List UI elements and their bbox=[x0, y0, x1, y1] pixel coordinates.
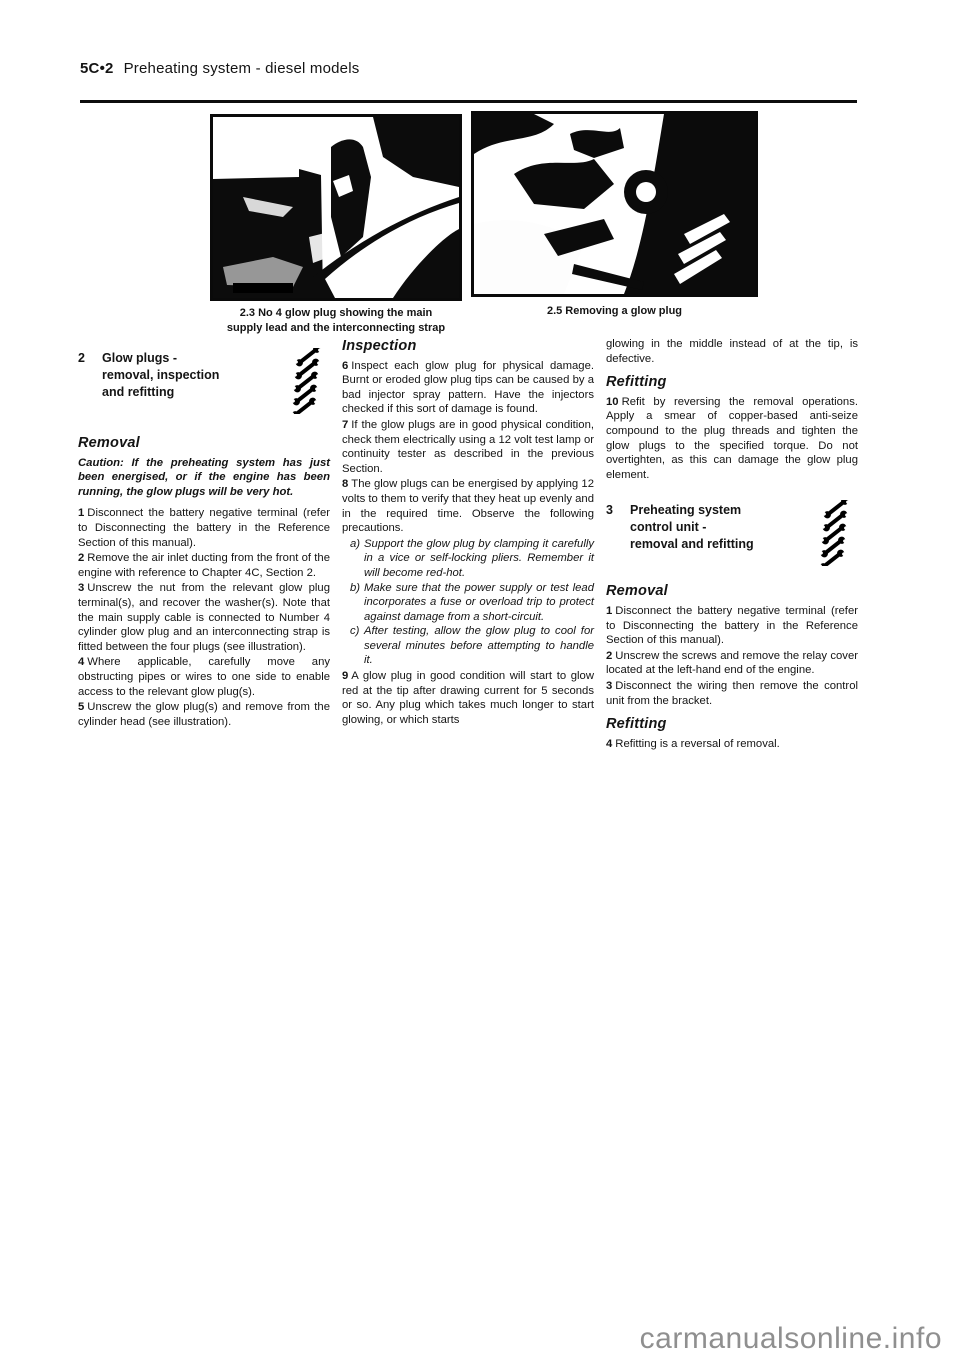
refitting-heading: Refitting bbox=[606, 375, 858, 390]
step-paragraph: 2Remove the air inlet ducting from the f… bbox=[78, 551, 330, 580]
step-paragraph: 8The glow plugs can be energised by appl… bbox=[342, 477, 594, 535]
continuation-paragraph: glowing in the middle instead of at the … bbox=[606, 337, 858, 366]
list-item: a) Support the glow plug by clamping it … bbox=[342, 537, 594, 581]
page-number: 5C•2 bbox=[80, 60, 114, 77]
column-middle: Inspection 6Inspect each glow plug for p… bbox=[342, 339, 594, 728]
section-3-heading: 3 Preheating system control unit - remov… bbox=[606, 502, 858, 564]
step-paragraph: 4Refitting is a reversal of removal. bbox=[606, 737, 858, 752]
section-2-number: 2 bbox=[78, 350, 102, 401]
step-paragraph: 9A glow plug in good condition will star… bbox=[342, 669, 594, 727]
precaution-list: a) Support the glow plug by clamping it … bbox=[342, 537, 594, 668]
column-right: glowing in the middle instead of at the … bbox=[606, 337, 858, 752]
page-title: Preheating system - diesel models bbox=[124, 60, 360, 77]
step-paragraph: 2Unscrew the screws and remove the relay… bbox=[606, 649, 858, 678]
step-paragraph: 1Disconnect the battery negative termina… bbox=[78, 506, 330, 550]
section-3-number: 3 bbox=[606, 502, 630, 553]
inspection-heading: Inspection bbox=[342, 339, 594, 354]
section-3-title: Preheating system control unit - removal… bbox=[630, 502, 814, 553]
caution-note: Caution: If the preheating system has ju… bbox=[78, 456, 330, 500]
step-paragraph: 3Unscrew the nut from the relevant glow … bbox=[78, 581, 330, 654]
section-2-heading: 2 Glow plugs - removal, inspection and r… bbox=[78, 350, 330, 412]
removal-heading: Removal bbox=[606, 584, 858, 599]
glow-plug-photo-art bbox=[474, 114, 755, 294]
page-header: 5C•2Preheating system - diesel models bbox=[80, 60, 359, 77]
removal-heading: Removal bbox=[78, 436, 330, 451]
spanner-rating-icon bbox=[288, 348, 328, 414]
step-paragraph: 1Disconnect the battery negative termina… bbox=[606, 604, 858, 648]
list-item: b) Make sure that the power supply or te… bbox=[342, 581, 594, 625]
list-item: c) After testing, allow the glow plug to… bbox=[342, 624, 594, 668]
engine-photo-art bbox=[213, 117, 459, 298]
figure-2-3-photo bbox=[210, 114, 462, 301]
step-paragraph: 7If the glow plugs are in good physical … bbox=[342, 418, 594, 476]
step-paragraph: 4Where applicable, carefully move any ob… bbox=[78, 655, 330, 699]
figure-2-3-caption: 2.3 No 4 glow plug showing the main supp… bbox=[206, 306, 466, 336]
step-paragraph: 6Inspect each glow plug for physical dam… bbox=[342, 359, 594, 417]
step-paragraph: 3Disconnect the wiring then remove the c… bbox=[606, 679, 858, 708]
refitting-heading-2: Refitting bbox=[606, 717, 858, 732]
section-2-title: Glow plugs - removal, inspection and ref… bbox=[102, 350, 286, 401]
step-paragraph: 10Refit by reversing the removal operati… bbox=[606, 395, 858, 483]
manual-page: 5C•2Preheating system - diesel models 2.… bbox=[0, 0, 960, 1362]
header-rule bbox=[80, 100, 857, 103]
step-paragraph: 5Unscrew the glow plug(s) and remove fro… bbox=[78, 700, 330, 729]
figure-2-5-photo bbox=[471, 111, 758, 297]
column-left: 2 Glow plugs - removal, inspection and r… bbox=[78, 350, 330, 730]
figure-2-5-caption: 2.5 Removing a glow plug bbox=[471, 304, 758, 319]
watermark: carmanualsonline.info bbox=[640, 1322, 942, 1356]
spanner-rating-icon bbox=[816, 500, 856, 566]
